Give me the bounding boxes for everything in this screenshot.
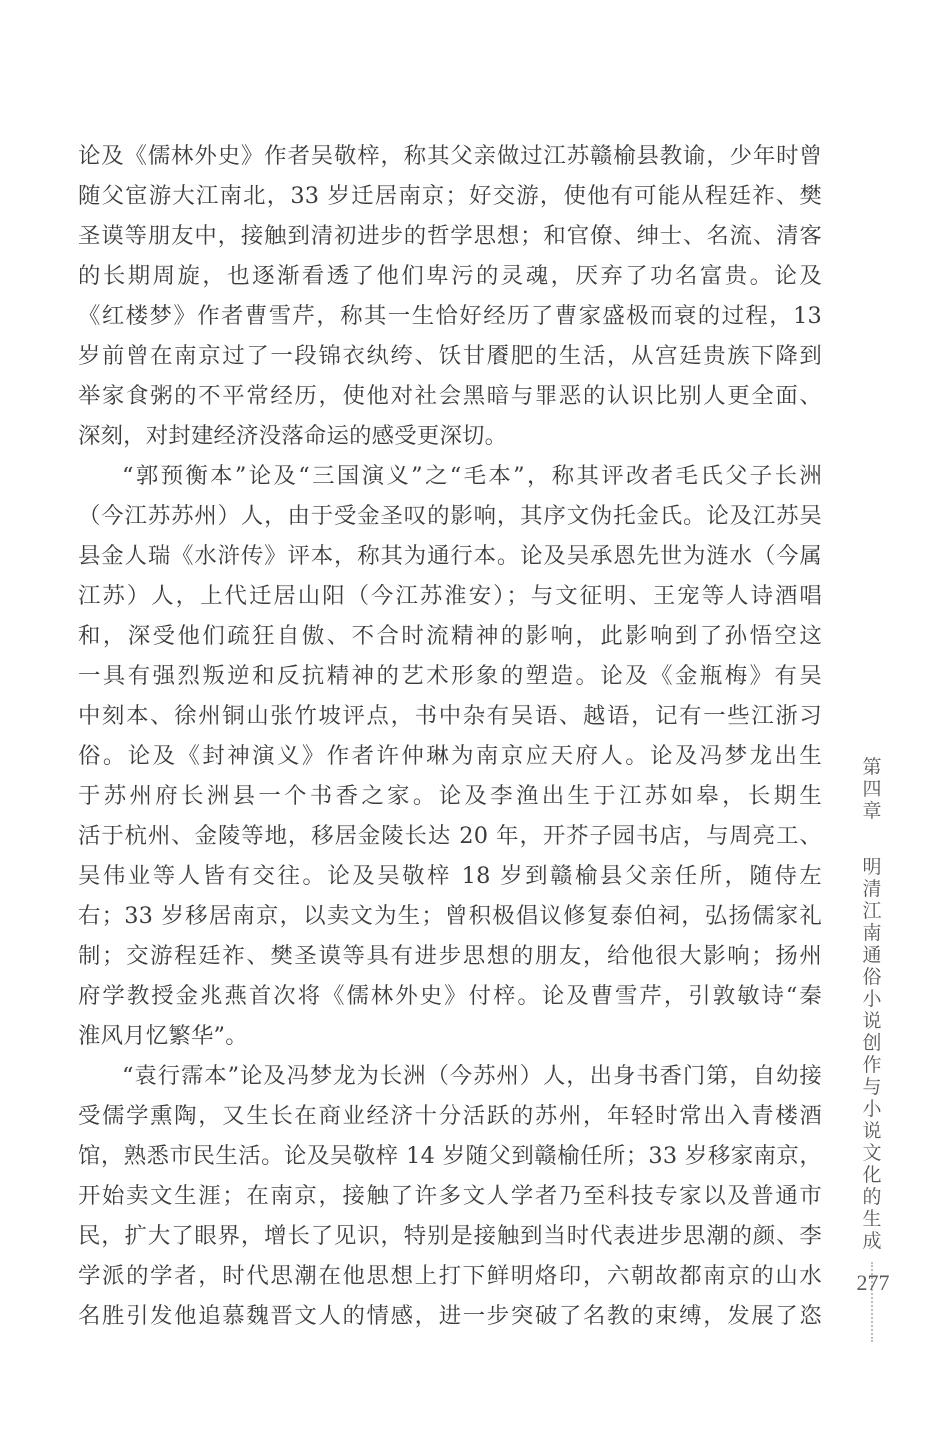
chapter-title-char: 化 xyxy=(860,1164,884,1186)
chapter-label-char: 第 xyxy=(860,756,884,778)
chapter-title-char: 明 xyxy=(860,856,884,878)
text-line: 制；交游程廷祚、樊圣谟等具有进步思想的朋友，给他很大影响；扬州 xyxy=(78,936,822,976)
text-line: 受儒学熏陶，又生长在商业经济十分活跃的苏州，年轻时常出入青楼酒 xyxy=(78,1096,822,1136)
text-line-paragraph-end: 深刻，对封建经济没落命运的感受更深切。 xyxy=(78,416,822,456)
chapter-title: 明 清 江 南 通 俗 小 说 创 作 与 小 说 文 化 的 生 成 xyxy=(860,856,884,1252)
text-line: 圣谟等朋友中，接触到清初进步的哲学思想；和官僚、绅士、名流、清客 xyxy=(78,216,822,256)
chapter-title-char: 作 xyxy=(860,1054,884,1076)
chapter-title-char: 创 xyxy=(860,1032,884,1054)
text-line: 江苏）人，上代迁居山阳（今江苏淮安）；与文征明、王宠等人诗酒唱 xyxy=(78,576,822,616)
text-line: 《红楼梦》作者曹雪芹，称其一生恰好经历了曹家盛极而衰的过程，13 xyxy=(78,296,822,336)
chapter-title-char: 清 xyxy=(860,878,884,900)
text-line-paragraph-start: “郭预衡本”论及“三国演义”之“毛本”，称其评改者毛氏父子长洲 xyxy=(78,456,822,496)
text-line: 岁前曾在南京过了一段锦衣纨绔、饫甘餍肥的生活，从宫廷贵族下降到 xyxy=(78,336,822,376)
text-line: 府学教授金兆燕首次将《儒林外史》付梓。论及曹雪芹，引敦敏诗“秦 xyxy=(78,976,822,1016)
book-page: 论及《儒林外史》作者吴敬梓，称其父亲做过江苏赣榆县教谕，少年时曾 随父宦游大江南… xyxy=(0,0,928,1439)
text-line: 活于杭州、金陵等地，移居金陵长达 20 年，开芥子园书店，与周亮工、 xyxy=(78,816,822,856)
chapter-title-char: 生 xyxy=(860,1208,884,1230)
chapter-title-char: 南 xyxy=(860,922,884,944)
text-line: 随父宦游大江南北，33 岁迁居南京；好交游，使他有可能从程廷祚、樊 xyxy=(78,176,822,216)
running-header-vertical: 第 四 章 明 清 江 南 通 俗 小 说 创 作 与 小 说 文 化 的 生 … xyxy=(852,756,892,1342)
text-line: 民，扩大了眼界，增长了见识，特别是接触到当时代表进步思潮的颜、李 xyxy=(78,1216,822,1256)
chapter-title-char: 文 xyxy=(860,1142,884,1164)
text-line: 右；33 岁移居南京，以卖文为生；曾积极倡议修复泰伯祠，弘扬儒家礼 xyxy=(78,896,822,936)
text-line: 开始卖文生涯；在南京，接触了许多文人学者乃至科技专家以及普通市 xyxy=(78,1176,822,1216)
chapter-title-char: 说 xyxy=(860,1010,884,1032)
chapter-title-char: 小 xyxy=(860,988,884,1010)
chapter-title-char: 俗 xyxy=(860,966,884,988)
text-line: 的长期周旋，也逐渐看透了他们卑污的灵魂，厌弃了功名富贵。论及 xyxy=(78,256,822,296)
text-line: 和，深受他们疏狂自傲、不合时流精神的影响，此影响到了孙悟空这 xyxy=(78,616,822,656)
chapter-label: 第 四 章 xyxy=(860,756,884,822)
chapter-label-char: 章 xyxy=(860,800,884,822)
chapter-title-char: 成 xyxy=(860,1230,884,1252)
chapter-title-char: 通 xyxy=(860,944,884,966)
text-line: 学派的学者，时代思潮在他思想上打下鲜明烙印，六朝故都南京的山水 xyxy=(78,1256,822,1296)
page-number: 277 xyxy=(848,1270,898,1296)
chapter-title-char: 江 xyxy=(860,900,884,922)
text-line-paragraph-end: 淮风月忆繁华”。 xyxy=(78,1016,822,1056)
text-line: 县金人瑞《水浒传》评本，称其为通行本。论及吴承恩先世为涟水（今属 xyxy=(78,536,822,576)
text-line: 举家食粥的不平常经历，使他对社会黑暗与罪恶的认识比别人更全面、 xyxy=(78,376,822,416)
chapter-label-char: 四 xyxy=(860,778,884,800)
body-text: 论及《儒林外史》作者吴敬梓，称其父亲做过江苏赣榆县教谕，少年时曾 随父宦游大江南… xyxy=(78,136,822,1336)
text-line: 论及《儒林外史》作者吴敬梓，称其父亲做过江苏赣榆县教谕，少年时曾 xyxy=(78,136,822,176)
chapter-title-char: 小 xyxy=(860,1098,884,1120)
text-line: （今江苏苏州）人，由于受金圣叹的影响，其序文伪托金氏。论及江苏吴 xyxy=(78,496,822,536)
chapter-title-char: 与 xyxy=(860,1076,884,1098)
chapter-title-char: 的 xyxy=(860,1186,884,1208)
text-line: 名胜引发他追慕魏晋文人的情感，进一步突破了名教的束缚，发展了恣 xyxy=(78,1296,822,1336)
text-line: 中刻本、徐州铜山张竹坡评点，书中杂有吴语、越语，记有一些江浙习 xyxy=(78,696,822,736)
text-line: 俗。论及《封神演义》作者许仲琳为南京应天府人。论及冯梦龙出生 xyxy=(78,736,822,776)
chapter-title-char: 说 xyxy=(860,1120,884,1142)
text-line: 一具有强烈叛逆和反抗精神的艺术形象的塑造。论及《金瓶梅》有吴 xyxy=(78,656,822,696)
text-line: 于苏州府长洲县一个书香之家。论及李渔出生于江苏如皋，长期生 xyxy=(78,776,822,816)
text-line: 馆，熟悉市民生活。论及吴敬梓 14 岁随父到赣榆任所；33 岁移家南京， xyxy=(78,1136,822,1176)
text-line-paragraph-start: “袁行霈本”论及冯梦龙为长洲（今苏州）人，出身书香门第，自幼接 xyxy=(78,1056,822,1096)
text-line: 吴伟业等人皆有交往。论及吴敬梓 18 岁到赣榆县父亲任所，随侍左 xyxy=(78,856,822,896)
